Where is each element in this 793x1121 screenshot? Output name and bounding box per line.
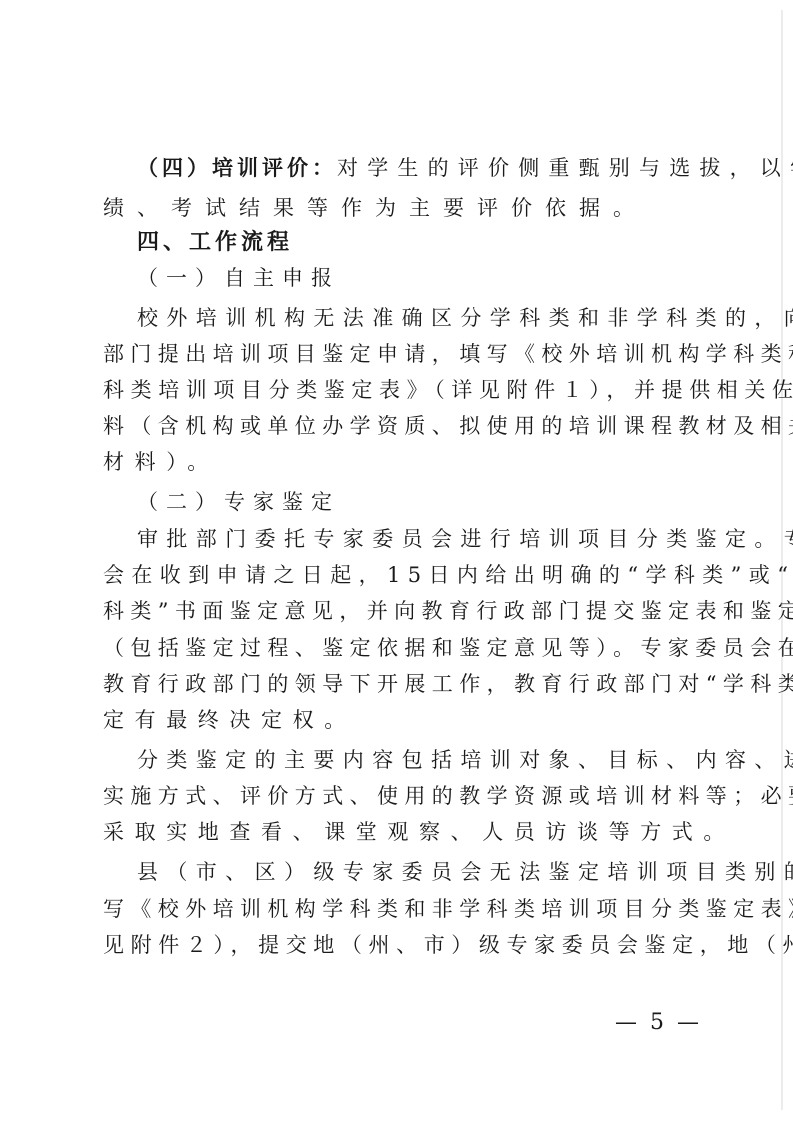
section-lead-training-evaluation: （四）培训评价： (137, 156, 337, 180)
paragraph-expert-appraisal-1-line-4: （包括鉴定过程、鉴定依据和鉴定意见等）。专家委员会在本级 (103, 634, 683, 662)
paragraph-expert-appraisal-1-line-3: 科类”书面鉴定意见，并向教育行政部门提交鉴定表和鉴定报告 (103, 597, 683, 625)
paragraph-expert-appraisal-2-line-2: 实施方式、评价方式、使用的教学资源或培训材料等；必要时可 (103, 782, 683, 810)
paragraph-expert-appraisal-3-line-3: 见附件２），提交地（州、市）级专家委员会鉴定，地（州、市） (103, 931, 683, 959)
paragraph-expert-appraisal-1-line-5: 教育行政部门的领导下开展工作，教育行政部门对“学科类”鉴 (103, 670, 683, 698)
paragraph-self-declaration-line-2: 部门提出培训项目鉴定申请，填写《校外培训机构学科类和非学 (103, 340, 683, 368)
page-number: — 5 — (615, 1010, 702, 1035)
subheading-expert-appraisal: （二）专家鉴定 (137, 488, 683, 516)
paragraph-self-declaration-line-4: 料（含机构或单位办学资质、拟使用的培训课程教材及相关教辅 (103, 412, 683, 440)
paragraph-expert-appraisal-2-line-1: 分类鉴定的主要内容包括培训对象、目标、内容、进度安排、 (137, 746, 683, 774)
document-page: （四）培训评价：对学生的评价侧重甄别与选拔，以学习成 绩、考试结果等作为主要评价… (0, 0, 793, 1121)
paragraph-training-evaluation-line-1: （四）培训评价：对学生的评价侧重甄别与选拔，以学习成 (137, 154, 683, 182)
paragraph-expert-appraisal-2-line-3: 采取实地查看、课堂观察、人员访谈等方式。 (103, 818, 683, 846)
paragraph-expert-appraisal-3-line-1: 县（市、区）级专家委员会无法鉴定培训项目类别的，应填 (137, 858, 683, 886)
paragraph-expert-appraisal-1-line-6: 定有最终决定权。 (103, 706, 683, 734)
paragraph-self-declaration-line-5: 材料）。 (103, 448, 683, 476)
section-heading-workflow: 四、工作流程 (137, 229, 683, 257)
paragraph-expert-appraisal-1-line-2: 会在收到申请之日起，15日内给出明确的“学科类”或“非学 (103, 561, 683, 589)
paragraph-expert-appraisal-3-line-2: 写《校外培训机构学科类和非学科类培训项目分类鉴定表》（详 (103, 895, 683, 923)
paragraph-self-declaration-line-1: 校外培训机构无法准确区分学科类和非学科类的，向其审批 (137, 304, 683, 332)
paragraph-training-evaluation-line-2: 绩、考试结果等作为主要评价依据。 (103, 194, 683, 222)
subheading-self-declaration: （一）自主申报 (137, 264, 683, 292)
paragraph-self-declaration-line-3: 科类培训项目分类鉴定表》（详见附件１），并提供相关佐证材 (103, 376, 683, 404)
paragraph-expert-appraisal-1-line-1: 审批部门委托专家委员会进行培训项目分类鉴定。专家委员 (137, 525, 683, 553)
